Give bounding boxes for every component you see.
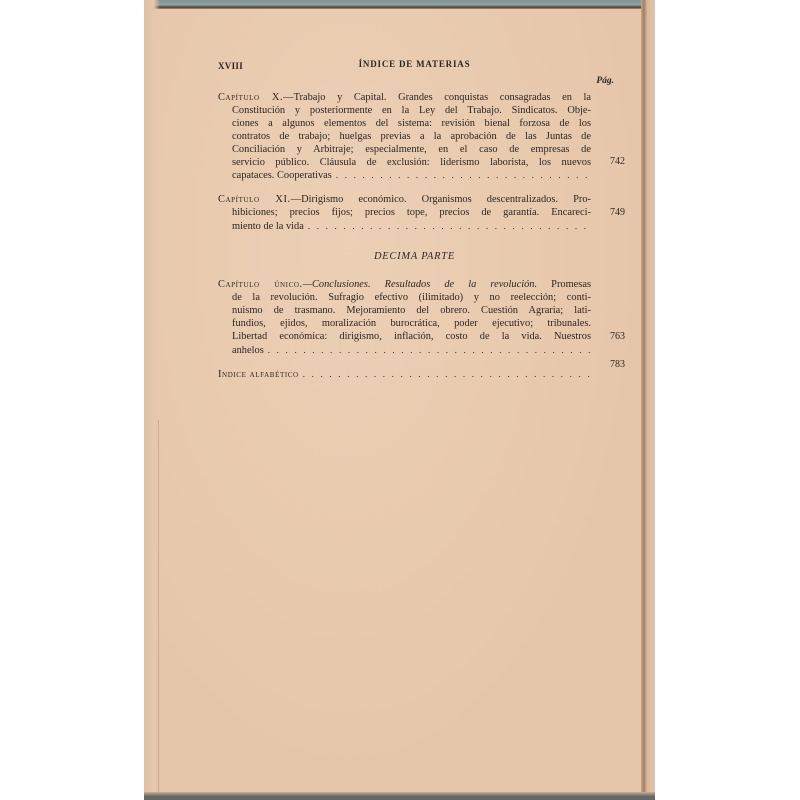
dot-leader (336, 169, 591, 182)
dot-leader (303, 368, 591, 381)
chapter-label: Capítulo único. (218, 279, 303, 290)
toc-entry-capitulo-unico: Capítulo único.—Conclusiones. Resultados… (218, 279, 611, 357)
toc-page-number: 749 (610, 207, 625, 220)
page-crease (158, 420, 159, 800)
page-right-edge (641, 0, 655, 800)
page-top-edge (144, 0, 655, 9)
toc-page-number: 783 (610, 359, 625, 372)
toc-entry-capitulo-x: Capítulo X.—Trabajo y Capital. Grandes c… (218, 92, 611, 183)
table-of-contents: XVIII ÍNDICE DE MATERIAS Pág. Capítulo X… (218, 58, 611, 381)
toc-page-number: 742 (610, 156, 625, 169)
toc-entry-indice-alfabetico: Indice alfabético 783 (218, 368, 611, 382)
section-title: DECIMA PARTE (218, 251, 611, 265)
page-bottom-edge (144, 792, 655, 800)
toc-entry-capitulo-xi: Capítulo XI.—Dirigismo económico. Organi… (218, 194, 611, 234)
page-header: XVIII ÍNDICE DE MATERIAS (218, 58, 611, 74)
chapter-label: Capítulo XI. (218, 194, 291, 205)
dot-leader (308, 220, 591, 233)
running-title: ÍNDICE DE MATERIAS (218, 58, 611, 71)
page-column-label: Pág. (218, 75, 614, 89)
dot-leader (268, 344, 591, 357)
book-page: XVIII ÍNDICE DE MATERIAS Pág. Capítulo X… (144, 0, 655, 800)
chapter-label: Capítulo X. (218, 92, 283, 103)
toc-page-number: 763 (610, 331, 625, 344)
